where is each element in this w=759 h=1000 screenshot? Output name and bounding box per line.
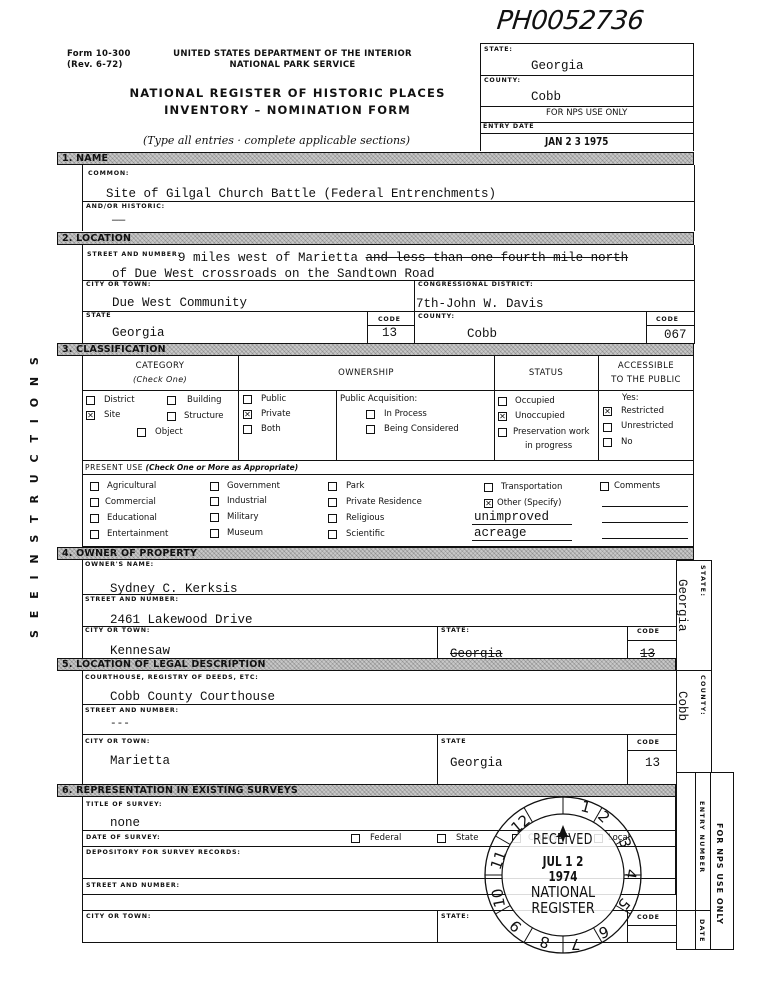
accessible-no-label: No [621, 437, 633, 447]
use-government-label: Government [227, 481, 280, 491]
nps-state-label: STATE: [484, 46, 513, 53]
other-specify-value-line2[interactable]: acreage [474, 526, 527, 540]
type-instructions: (Type all entries · complete applicable … [143, 134, 410, 147]
department-name: UNITED STATES DEPARTMENT OF THE INTERIOR [150, 49, 435, 59]
section-5-header: 5. LOCATION OF LEGAL DESCRIPTION [57, 658, 676, 671]
use-religious-label: Religious [346, 513, 384, 523]
accessible-restricted-label: Restricted [621, 406, 664, 416]
legal-code-label: CODE [637, 739, 660, 746]
public-acquisition-label: Public Acquisition: [340, 394, 417, 404]
use-transportation-checkbox[interactable] [484, 483, 493, 492]
category-subheader: (Check One) [82, 375, 238, 384]
side-county-value: Cobb [675, 691, 689, 721]
side-county-box: Cobb COUNTY: [676, 670, 712, 772]
congressional-district-label: CONGRESSIONAL DISTRICT: [418, 281, 533, 288]
accessible-yes-label: Yes: [622, 393, 639, 403]
accessible-header-2: TO THE PUBLIC [598, 375, 694, 385]
owner-city-value[interactable]: Kennesaw [110, 644, 170, 658]
county-value[interactable]: Cobb [467, 327, 497, 341]
section-2-header: 2. LOCATION [57, 232, 694, 245]
ownership-private-label: Private [261, 409, 291, 419]
use-scientific-label: Scientific [346, 529, 385, 539]
status-occupied-checkbox[interactable] [498, 397, 507, 406]
section-3-header: 3. CLASSIFICATION [57, 343, 694, 356]
category-structure-checkbox[interactable] [167, 412, 176, 421]
category-object-checkbox[interactable] [137, 428, 146, 437]
legal-state-label: STATE [441, 738, 466, 745]
common-name-value[interactable]: Site of Gilgal Church Battle (Federal En… [106, 187, 496, 201]
category-object-label: Object [155, 427, 183, 437]
survey-date-label: DATE OF SURVEY: [86, 834, 160, 841]
accessible-no-checkbox[interactable] [603, 438, 612, 447]
use-commercial-checkbox[interactable] [90, 498, 99, 507]
handwritten-id: PH0052736 [495, 6, 645, 36]
use-park-checkbox[interactable] [328, 482, 337, 491]
survey-city-label: CITY OR TOWN: [86, 913, 151, 920]
status-unoccupied-checkbox[interactable]: ✕ [498, 412, 507, 421]
owner-code-label: CODE [637, 628, 660, 635]
side-date-label: DATE [698, 919, 705, 943]
ownership-both-checkbox[interactable] [243, 425, 252, 434]
nps-county-value: Cobb [531, 90, 561, 104]
county-label: COUNTY: [418, 313, 455, 320]
ownership-both-label: Both [261, 424, 281, 434]
see-instructions-side-text: S E E I N S T R U C T I O N S [28, 368, 41, 638]
state-value[interactable]: Georgia [112, 326, 165, 340]
use-other-label: Other (Specify) [497, 498, 561, 508]
legal-city-value[interactable]: Marietta [110, 754, 170, 768]
ownership-public-label: Public [261, 394, 286, 404]
status-header: STATUS [494, 368, 598, 378]
category-site-checkbox[interactable]: ✕ [86, 411, 95, 420]
legal-street-label: STREET AND NUMBER: [85, 707, 179, 714]
use-government-checkbox[interactable] [210, 482, 219, 491]
category-structure-label: Structure [184, 411, 224, 421]
use-private-residence-checkbox[interactable] [328, 498, 337, 507]
use-scientific-checkbox[interactable] [328, 530, 337, 539]
entry-date-label: ENTRY DATE [483, 123, 534, 130]
side-county-label: COUNTY: [699, 675, 706, 716]
county-code-label: CODE [656, 316, 679, 323]
stamp-num-10: 10 [488, 887, 509, 909]
use-educational-checkbox[interactable] [90, 514, 99, 523]
accessible-unrestricted-checkbox[interactable] [603, 423, 612, 432]
use-entertainment-checkbox[interactable] [90, 530, 99, 539]
survey-state-checkbox[interactable] [437, 834, 446, 843]
use-other-checkbox[interactable]: ✕ [484, 499, 493, 508]
legal-street-value[interactable]: --- [110, 718, 130, 730]
acquisition-in-process-checkbox[interactable] [366, 410, 375, 419]
stamp-num-7: 7 [571, 935, 581, 953]
county-code-value[interactable]: 067 [664, 328, 687, 342]
use-industrial-label: Industrial [227, 496, 267, 506]
state-code-value[interactable]: 13 [382, 326, 397, 340]
section-1-header: 1. NAME [57, 152, 694, 165]
city-value[interactable]: Due West Community [112, 296, 247, 310]
service-name: NATIONAL PARK SERVICE [150, 60, 435, 70]
use-agricultural-checkbox[interactable] [90, 482, 99, 491]
survey-federal-checkbox[interactable] [351, 834, 360, 843]
city-label: CITY OR TOWN: [86, 281, 151, 288]
nps-use-box: STATE: Georgia COUNTY: Cobb FOR NPS USE … [480, 43, 694, 151]
owner-name-label: OWNER'S NAME: [85, 561, 154, 568]
state-code-label: CODE [378, 316, 401, 323]
nps-county-label: COUNTY: [484, 77, 521, 84]
street-label: STREET AND NUMBER: [87, 251, 181, 258]
owner-state-label: STATE: [441, 627, 470, 634]
historic-name-value[interactable]: —— [112, 215, 125, 227]
street-value-struck: and less than one fourth mile north [366, 251, 629, 265]
category-district-label: District [104, 395, 135, 405]
courthouse-label: COURTHOUSE, REGISTRY OF DEEDS, ETC: [85, 674, 259, 681]
acquisition-being-considered-checkbox[interactable] [366, 425, 375, 434]
side-state-value: Georgia [675, 579, 689, 632]
acquisition-being-considered-label: Being Considered [384, 424, 459, 434]
owner-city-label: CITY OR TOWN: [85, 627, 150, 634]
category-building-label: Building [187, 395, 221, 405]
form-number: Form 10-300 [67, 49, 131, 59]
side-entry-number-label: ENTRY NUMBER [698, 801, 705, 874]
use-military-checkbox[interactable] [210, 513, 219, 522]
stamp-date-text: JUL 1 2 1974 [529, 855, 596, 885]
owner-street-label: STREET AND NUMBER: [85, 596, 179, 603]
courthouse-value[interactable]: Cobb County Courthouse [110, 690, 275, 704]
side-nps-use-box: ENTRY NUMBER DATE FOR NPS USE ONLY [676, 772, 734, 950]
status-occupied-label: Occupied [515, 396, 555, 406]
state-label: STATE [86, 312, 111, 319]
use-entertainment-label: Entertainment [107, 529, 168, 539]
form-revision: (Rev. 6-72) [67, 60, 123, 70]
category-header: CATEGORY [82, 361, 238, 371]
survey-state-label: STATE: [441, 913, 470, 920]
category-district-checkbox[interactable] [86, 396, 95, 405]
present-use-header: PRESENT USE (Check One or More as Approp… [85, 463, 298, 472]
ownership-public-checkbox[interactable] [243, 395, 252, 404]
status-unoccupied-label: Unoccupied [515, 411, 565, 421]
use-transportation-label: Transportation [501, 482, 562, 492]
nps-use-only-label: FOR NPS USE ONLY [546, 108, 627, 118]
survey-state-label: State [456, 833, 479, 843]
use-comments-checkbox[interactable] [600, 482, 609, 491]
use-park-label: Park [346, 481, 364, 491]
survey-title-value[interactable]: none [110, 816, 140, 830]
other-specify-value-line1[interactable]: unimproved [474, 510, 549, 524]
owner-street-value[interactable]: 2461 Lakewood Drive [110, 613, 253, 627]
nps-state-value: Georgia [531, 59, 584, 73]
use-museum-label: Museum [227, 528, 263, 538]
use-agricultural-label: Agricultural [107, 481, 156, 491]
category-building-checkbox[interactable] [167, 396, 176, 405]
survey-federal-label: Federal [370, 833, 401, 843]
congressional-district-value[interactable]: 7th-John W. Davis [416, 297, 544, 311]
form-title-line2: INVENTORY – NOMINATION FORM [120, 103, 455, 117]
received-stamp: 1 2 3 4 5 6 7 8 9 10 11 12 RECEIVED JUL … [483, 795, 643, 955]
stamp-register-text: REGISTER [521, 899, 606, 917]
street-value[interactable]: 9 miles west of Marietta and less than o… [178, 251, 628, 265]
side-state-box: Georgia STATE: [676, 560, 712, 670]
side-state-label: STATE: [699, 565, 706, 597]
entry-date-value: JAN 2 3 1975 [545, 135, 608, 148]
acquisition-in-process-label: In Process [384, 409, 427, 419]
section-4-header: 4. OWNER OF PROPERTY [57, 547, 694, 560]
legal-code-value[interactable]: 13 [645, 756, 660, 770]
use-military-label: Military [227, 512, 259, 522]
survey-title-label: TITLE OF SURVEY: [86, 801, 162, 808]
legal-city-label: CITY OR TOWN: [85, 738, 150, 745]
use-museum-checkbox[interactable] [210, 529, 219, 538]
side-nps-use-only-label: FOR NPS USE ONLY [715, 823, 724, 925]
use-religious-checkbox[interactable] [328, 514, 337, 523]
use-commercial-label: Commercial [105, 497, 156, 507]
form-title-line1: NATIONAL REGISTER OF HISTORIC PLACES [120, 86, 455, 100]
status-preservation-checkbox[interactable] [498, 428, 507, 437]
category-site-label: Site [104, 410, 120, 420]
ownership-header: OWNERSHIP [238, 368, 494, 378]
ownership-private-checkbox[interactable]: ✕ [243, 410, 252, 419]
use-industrial-checkbox[interactable] [210, 497, 219, 506]
legal-state-value[interactable]: Georgia [450, 756, 503, 770]
depository-label: DEPOSITORY FOR SURVEY RECORDS: [86, 849, 241, 856]
status-preservation-label: Preservation work [513, 427, 589, 437]
accessible-restricted-checkbox[interactable]: ✕ [603, 407, 612, 416]
status-preservation-label-line2: in progress [525, 441, 572, 451]
survey-street-label: STREET AND NUMBER: [86, 882, 180, 889]
street-value-line2[interactable]: of Due West crossroads on the Sandtown R… [112, 267, 435, 281]
use-private-residence-label: Private Residence [346, 497, 422, 507]
accessible-unrestricted-label: Unrestricted [621, 421, 673, 431]
common-name-label: COMMON: [88, 170, 129, 177]
use-comments-label: Comments [614, 481, 660, 491]
use-educational-label: Educational [107, 513, 157, 523]
stamp-received-text: RECEIVED [532, 830, 595, 848]
accessible-header-1: ACCESSIBLE [598, 361, 694, 371]
historic-name-label: AND/OR HISTORIC: [86, 203, 165, 210]
